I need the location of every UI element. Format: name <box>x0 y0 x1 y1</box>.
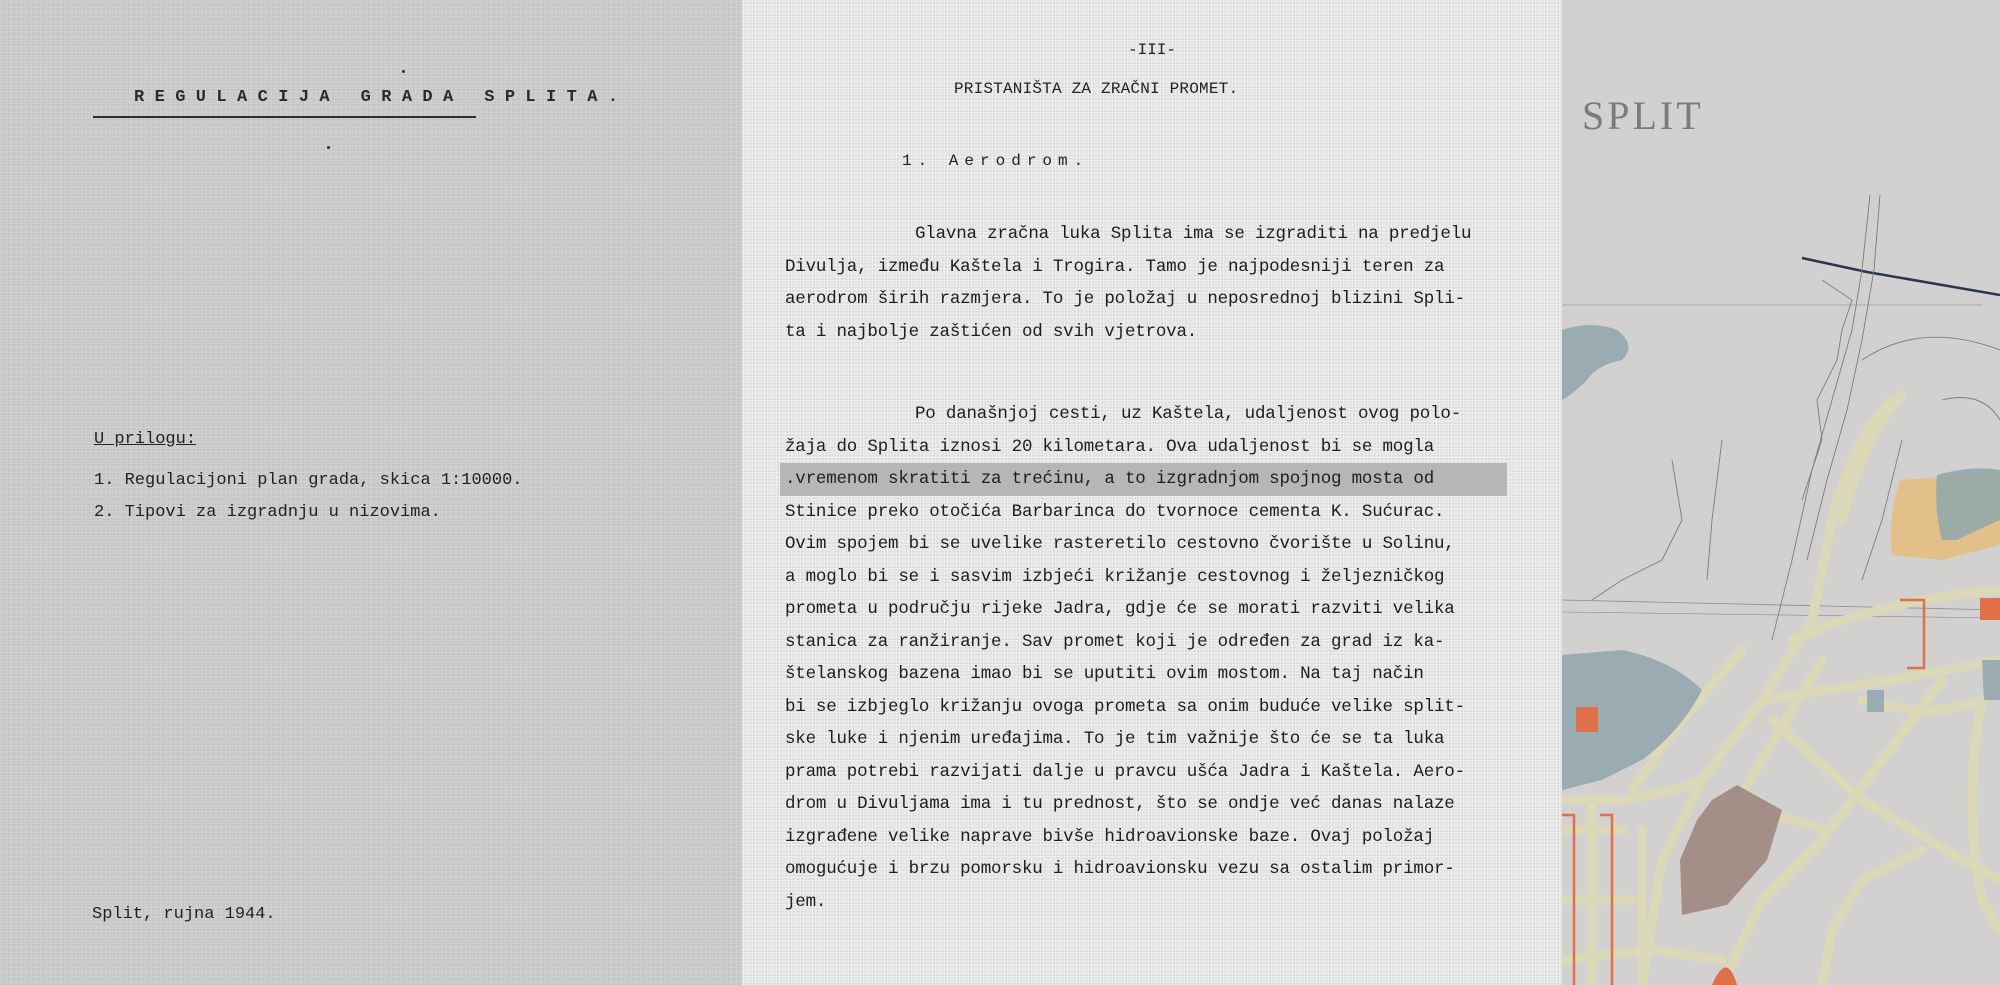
document-title: REGULACIJA GRADA SPLITA. <box>134 88 628 107</box>
paper-speck <box>402 70 405 73</box>
text-line: Divulja, između Kaštela i Trogira. Tamo … <box>785 251 1545 284</box>
attachments-heading: U prilogu: <box>94 430 196 449</box>
text-line: drom u Divuljama ima i tu prednost, što … <box>785 788 1545 821</box>
city-plan-map: SPLIT <box>1562 0 2000 985</box>
text-line: stanica za ranžiranje. Sav promet koji j… <box>785 626 1545 659</box>
document-signoff: Split, rujna 1944. <box>92 905 276 924</box>
text-line: prama potrebi razvijati dalje u pravcu u… <box>785 756 1545 789</box>
text-line: bi se izbjeglo križanju ovoga prometa sa… <box>785 691 1545 724</box>
title-underline <box>93 116 476 118</box>
attachment-item: 2. Tipovi za izgradnju u nizovima. <box>94 503 441 522</box>
left-document-page: REGULACIJA GRADA SPLITA. U prilogu: 1. R… <box>0 0 742 985</box>
paragraph-1: Glavna zračna luka Splita ima se izgradi… <box>785 218 1545 348</box>
chapter-number: -III- <box>742 41 1562 59</box>
text-line: Po današnjoj cesti, uz Kaštela, udaljeno… <box>785 398 1545 431</box>
text-line: Glavna zračna luka Splita ima se izgradi… <box>785 218 1545 251</box>
map-drawing <box>1562 0 2000 985</box>
paper-speck <box>327 146 330 149</box>
text-line: jem. <box>785 886 1545 919</box>
text-line: omogućuje i brzu pomorsku i hidroavionsk… <box>785 853 1545 886</box>
text-line: a moglo bi se i sasvim izbjeći križanje … <box>785 561 1545 594</box>
text-line: ske luke i njenim uređajima. To je tim v… <box>785 723 1545 756</box>
text-line: izgrađene velike naprave bivše hidroavio… <box>785 821 1545 854</box>
text-line: prometa u području rijeke Jadra, gdje će… <box>785 593 1545 626</box>
attachment-item: 1. Regulacijoni plan grada, skica 1:1000… <box>94 471 522 490</box>
text-line: Ovim spojem bi se uvelike rasteretilo ce… <box>785 528 1545 561</box>
text-line: ta i najbolje zaštićen od svih vjetrova. <box>785 316 1545 349</box>
text-line: aerodrom širih razmjera. To je položaj u… <box>785 283 1545 316</box>
text-line: štelanskog bazena imao bi se uputiti ovi… <box>785 658 1545 691</box>
highlighted-text-line: .vremenom skratiti za trećinu, a to izgr… <box>780 463 1507 496</box>
text-line: žaja do Splita iznosi 20 kilometara. Ova… <box>785 431 1545 464</box>
section-title: PRISTANIŠTA ZA ZRAČNI PROMET. <box>954 80 1238 98</box>
text-line: Stinice preko otočića Barbarinca do tvor… <box>785 496 1545 529</box>
middle-document-page: -III- PRISTANIŠTA ZA ZRAČNI PROMET. 1. A… <box>742 0 1562 985</box>
paragraph-2: Po današnjoj cesti, uz Kaštela, udaljeno… <box>785 398 1545 918</box>
subsection-title: 1. Aerodrom. <box>902 152 1089 170</box>
map-title: SPLIT <box>1582 92 1704 139</box>
